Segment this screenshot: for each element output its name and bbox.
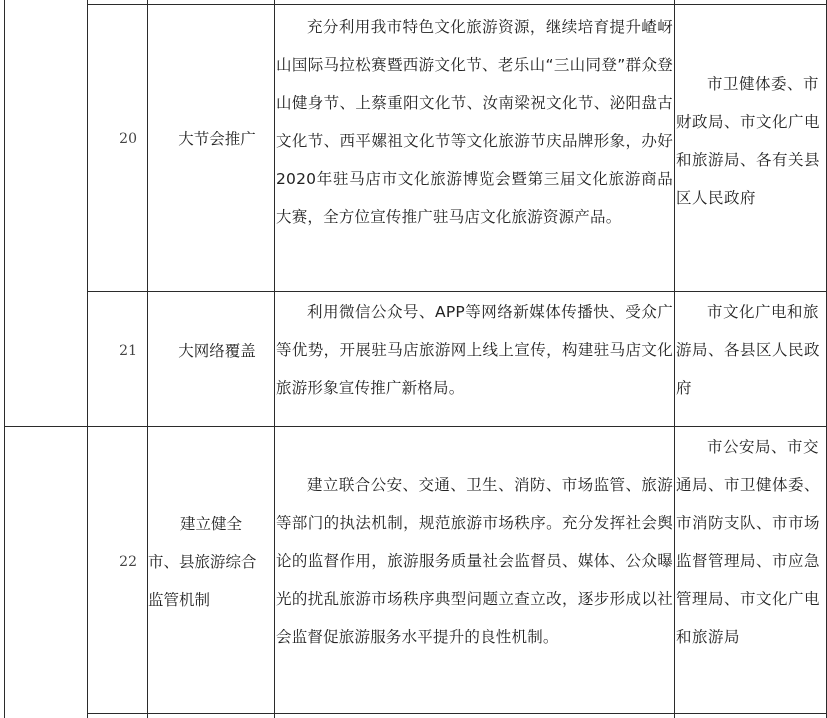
row-divider-top [87, 4, 827, 5]
responsible-departments: 市文化广电和旅游局、各县区人民政府 [675, 293, 826, 407]
item-name-line-3: 监管机制 [148, 581, 274, 619]
item-name: 大网络覆盖 [160, 332, 274, 370]
item-content: 利用微信公众号、APP等网络新媒体传播快、受众广等优势，开展驻马店旅游网上线上宣… [275, 293, 674, 407]
row-number: 21 [88, 332, 147, 370]
responsible-departments: 市卫健体委、市财政局、市文化广电和旅游局、各有关县区人民政府 [675, 65, 826, 217]
table-border-left [4, 0, 5, 718]
row-divider-bottom [87, 713, 827, 714]
row-number: 20 [88, 120, 147, 158]
item-content: 建立联合公安、交通、卫生、消防、市场监管、旅游等部门的执法机制，规范旅游市场秩序… [275, 466, 674, 656]
item-name-line-2: 市、县旅游综合 [148, 543, 274, 581]
row-number: 22 [88, 543, 147, 581]
row-divider-20-21 [87, 291, 827, 292]
item-name-line-1: 建立健全 [180, 505, 274, 543]
responsible-departments: 市公安局、市交通局、市卫健体委、市消防支队、市市场监督管理局、市应急管理局、市文… [675, 428, 826, 656]
row-divider-21-22 [4, 426, 827, 427]
item-content: 充分利用我市特色文化旅游资源，继续培育提升嵖岈山国际马拉松赛暨西游文化节、老乐山… [275, 8, 674, 236]
item-name: 大节会推广 [160, 120, 274, 158]
